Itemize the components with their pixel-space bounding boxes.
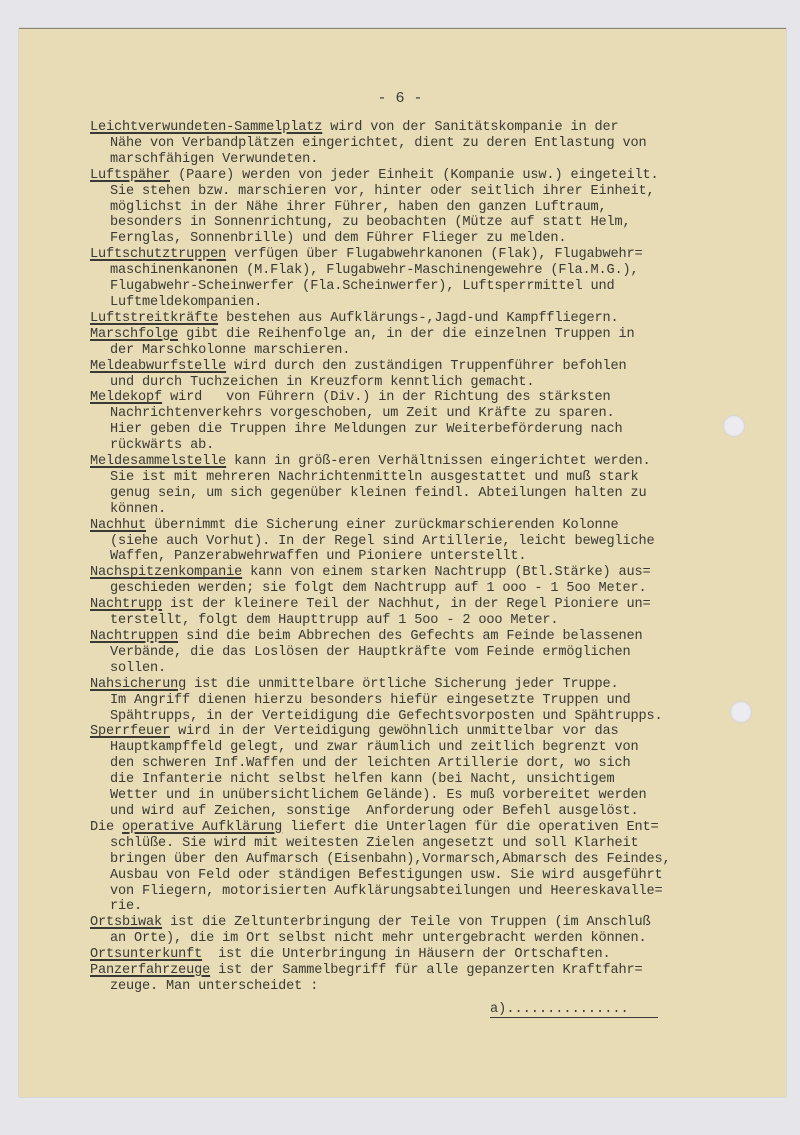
entry-definition-start: ist der Sammelbegriff für alle gepanzert… <box>210 963 642 978</box>
entry-definition-start: ist der kleinere Teil der Nachhut, in de… <box>162 597 650 612</box>
entry-definition-line: schlüße. Sie wird mit weitesten Zielen a… <box>90 836 770 852</box>
glossary-term: Meldeabwurfstelle <box>90 359 226 374</box>
glossary-term: Nahsicherung <box>90 677 186 692</box>
entry-definition-start: wird durch den zuständigen Truppenführer… <box>226 359 626 374</box>
entry-definition-start: liefert die Unterlagen für die operative… <box>282 820 658 835</box>
entry-definition-start: übernimmt die Sicherung einer zurückmars… <box>146 518 618 533</box>
entry-first-line: Nachhut übernimmt die Sicherung einer zu… <box>90 518 770 534</box>
entry-definition-line: zeuge. Man unterscheidet : <box>90 979 770 995</box>
entry-definition-start: (Paare) werden von jeder Einheit (Kompan… <box>170 168 658 183</box>
entry-definition-line: Verbände, die das Loslösen der Hauptkräf… <box>90 645 770 661</box>
entry-definition-line: Nachrichtenverkehrs vorgeschoben, um Zei… <box>90 406 770 422</box>
glossary-entry: Leichtverwundeten-Sammelplatz wird von d… <box>90 120 770 168</box>
entry-definition-line: Sie ist mit mehreren Nachrichtenmitteln … <box>90 470 770 486</box>
entry-definition-line: (siehe auch Vorhut). In der Regel sind A… <box>90 534 770 550</box>
entry-definition-line: Fernglas, Sonnenbrille) und dem Führer F… <box>90 231 770 247</box>
glossary-term: Nachhut <box>90 518 146 533</box>
entry-definition-line: Im Angriff dienen hierzu besonders hiefü… <box>90 693 770 709</box>
glossary-entry: Marschfolge gibt die Reihenfolge an, in … <box>90 327 770 359</box>
entry-definition-line: Ausbau von Feld oder ständigen Befestigu… <box>90 868 770 884</box>
entry-definition-line: von Fliegern, motorisierten Aufklärungsa… <box>90 884 770 900</box>
glossary-entry: Die operative Aufklärung liefert die Unt… <box>90 820 770 915</box>
entry-definition-start: verfügen über Flugabwehrkanonen (Flak), … <box>226 247 642 262</box>
entry-definition-line: Hauptkampffeld gelegt, und zwar räumlich… <box>90 740 770 756</box>
glossary-term: Sperrfeuer <box>90 724 170 739</box>
entry-definition-line: können. <box>90 502 770 518</box>
glossary-term: Luftschutztruppen <box>90 247 226 262</box>
entry-first-line: Luftspäher (Paare) werden von jeder Einh… <box>90 168 770 184</box>
entry-definition-start: wird von Führern (Div.) in der Richtung … <box>162 390 610 405</box>
continuation-marker: a)............... <box>490 1002 658 1018</box>
entry-definition-line: den schweren Inf.Waffen und der leichten… <box>90 756 770 772</box>
entry-definition-line: der Marschkolonne marschieren. <box>90 343 770 359</box>
entry-definition-line: besonders in Sonnenrichtung, zu beobacht… <box>90 215 770 231</box>
entry-first-line: Sperrfeuer wird in der Verteidigung gewö… <box>90 724 770 740</box>
glossary-term: Marschfolge <box>90 327 178 342</box>
entry-first-line: Luftstreitkräfte bestehen aus Aufklärung… <box>90 311 770 327</box>
entry-definition-line: an Orte), die im Ort selbst nicht mehr u… <box>90 931 770 947</box>
glossary-body: Leichtverwundeten-Sammelplatz wird von d… <box>90 120 770 995</box>
entry-first-line: Nachspitzenkompanie kann von einem stark… <box>90 565 770 581</box>
entry-first-line: Ortsbiwak ist die Zeltunterbringung der … <box>90 915 770 931</box>
entry-prefix: Die <box>90 820 122 835</box>
glossary-entry: Sperrfeuer wird in der Verteidigung gewö… <box>90 724 770 819</box>
glossary-term: Ortsunterkunft <box>90 947 202 962</box>
entry-definition-line: und wird auf Zeichen, sonstige Anforderu… <box>90 804 770 820</box>
entry-first-line: Die operative Aufklärung liefert die Unt… <box>90 820 770 836</box>
entry-first-line: Luftschutztruppen verfügen über Flugabwe… <box>90 247 770 263</box>
entry-definition-start: wird in der Verteidigung gewöhnlich unmi… <box>170 724 618 739</box>
entry-first-line: Meldesammelstelle kann in größ-eren Verh… <box>90 454 770 470</box>
glossary-entry: Ortsbiwak ist die Zeltunterbringung der … <box>90 915 770 947</box>
entry-first-line: Ortsunterkunft ist die Unterbringung in … <box>90 947 770 963</box>
glossary-entry: Luftschutztruppen verfügen über Flugabwe… <box>90 247 770 311</box>
entry-definition-start: ist die Zeltunterbringung der Teile von … <box>162 915 650 930</box>
glossary-term: Nachtrupp <box>90 597 162 612</box>
glossary-entry: Nachtrupp ist der kleinere Teil der Nach… <box>90 597 770 629</box>
entry-definition-start: gibt die Reihenfolge an, in der die einz… <box>178 327 634 342</box>
page-number: - 6 - <box>0 90 800 107</box>
glossary-entry: Luftspäher (Paare) werden von jeder Einh… <box>90 168 770 248</box>
glossary-term: Meldekopf <box>90 390 162 405</box>
glossary-term: Nachtruppen <box>90 629 178 644</box>
glossary-entry: Panzerfahrzeuge ist der Sammelbegriff fü… <box>90 963 770 995</box>
entry-definition-start: kann von einem starken Nachtrupp (Btl.St… <box>242 565 650 580</box>
entry-definition-line: möglichst in der Nähe ihrer Führer, habe… <box>90 200 770 216</box>
glossary-term: operative Aufklärung <box>122 820 282 835</box>
glossary-entry: Meldekopf wird von Führern (Div.) in der… <box>90 390 770 454</box>
entry-first-line: Meldeabwurfstelle wird durch den zuständ… <box>90 359 770 375</box>
entry-definition-line: Spähtrupps, in der Verteidigung die Gefe… <box>90 709 770 725</box>
entry-definition-line: Wetter und in unübersichtlichem Gelände)… <box>90 788 770 804</box>
glossary-entry: Nachhut übernimmt die Sicherung einer zu… <box>90 518 770 566</box>
glossary-entry: Meldeabwurfstelle wird durch den zuständ… <box>90 359 770 391</box>
entry-definition-line: maschinenkanonen (M.Flak), Flugabwehr-Ma… <box>90 263 770 279</box>
entry-first-line: Nahsicherung ist die unmittelbare örtlic… <box>90 677 770 693</box>
entry-definition-start: bestehen aus Aufklärungs-,Jagd-und Kampf… <box>218 311 618 326</box>
entry-definition-line: rie. <box>90 899 770 915</box>
entry-definition-line: und durch Tuchzeichen in Kreuzform kennt… <box>90 375 770 391</box>
entry-definition-start: ist die unmittelbare örtliche Sicherung … <box>186 677 618 692</box>
entry-definition-start: ist die Unterbringung in Häusern der Ort… <box>202 947 610 962</box>
entry-definition-line: terstellt, folgt dem Haupttrupp auf 1 5o… <box>90 613 770 629</box>
glossary-term: Nachspitzenkompanie <box>90 565 242 580</box>
entry-first-line: Panzerfahrzeuge ist der Sammelbegriff fü… <box>90 963 770 979</box>
entry-definition-start: sind die beim Abbrechen des Gefechts am … <box>178 629 642 644</box>
glossary-term: Luftstreitkräfte <box>90 311 218 326</box>
entry-definition-line: Nähe von Verbandplätzen eingerichtet, di… <box>90 136 770 152</box>
entry-definition-line: Waffen, Panzerabwehrwaffen und Pioniere … <box>90 549 770 565</box>
glossary-term: Leichtverwundeten-Sammelplatz <box>90 120 322 135</box>
glossary-entry: Meldesammelstelle kann in größ-eren Verh… <box>90 454 770 518</box>
glossary-term: Panzerfahrzeuge <box>90 963 210 978</box>
glossary-term: Meldesammelstelle <box>90 454 226 469</box>
entry-definition-start: wird von der Sanitätskompanie in der <box>322 120 618 135</box>
entry-first-line: Marschfolge gibt die Reihenfolge an, in … <box>90 327 770 343</box>
glossary-entry: Nachtruppen sind die beim Abbrechen des … <box>90 629 770 677</box>
entry-definition-line: Flugabwehr-Scheinwerfer (Fla.Scheinwerfe… <box>90 279 770 295</box>
entry-definition-line: sollen. <box>90 661 770 677</box>
entry-definition-line: genug sein, um sich gegenüber kleinen fe… <box>90 486 770 502</box>
entry-definition-line: Hier geben die Truppen ihre Meldungen zu… <box>90 422 770 438</box>
entry-definition-line: marschfähigen Verwundeten. <box>90 152 770 168</box>
entry-definition-line: Sie stehen bzw. marschieren vor, hinter … <box>90 184 770 200</box>
glossary-entry: Nachspitzenkompanie kann von einem stark… <box>90 565 770 597</box>
entry-first-line: Nachtruppen sind die beim Abbrechen des … <box>90 629 770 645</box>
entry-first-line: Leichtverwundeten-Sammelplatz wird von d… <box>90 120 770 136</box>
glossary-entry: Ortsunterkunft ist die Unterbringung in … <box>90 947 770 963</box>
entry-definition-line: die Infanterie nicht selbst helfen kann … <box>90 772 770 788</box>
entry-definition-line: Luftmeldekompanien. <box>90 295 770 311</box>
glossary-entry: Luftstreitkräfte bestehen aus Aufklärung… <box>90 311 770 327</box>
glossary-term: Ortsbiwak <box>90 915 162 930</box>
entry-definition-line: rückwärts ab. <box>90 438 770 454</box>
entry-first-line: Meldekopf wird von Führern (Div.) in der… <box>90 390 770 406</box>
glossary-entry: Nahsicherung ist die unmittelbare örtlic… <box>90 677 770 725</box>
entry-definition-start: kann in größ-eren Verhältnissen eingeric… <box>226 454 650 469</box>
entry-definition-line: bringen über den Aufmarsch (Eisenbahn),V… <box>90 852 770 868</box>
glossary-term: Luftspäher <box>90 168 170 183</box>
entry-definition-line: geschieden werden; sie folgt dem Nachtru… <box>90 581 770 597</box>
entry-first-line: Nachtrupp ist der kleinere Teil der Nach… <box>90 597 770 613</box>
